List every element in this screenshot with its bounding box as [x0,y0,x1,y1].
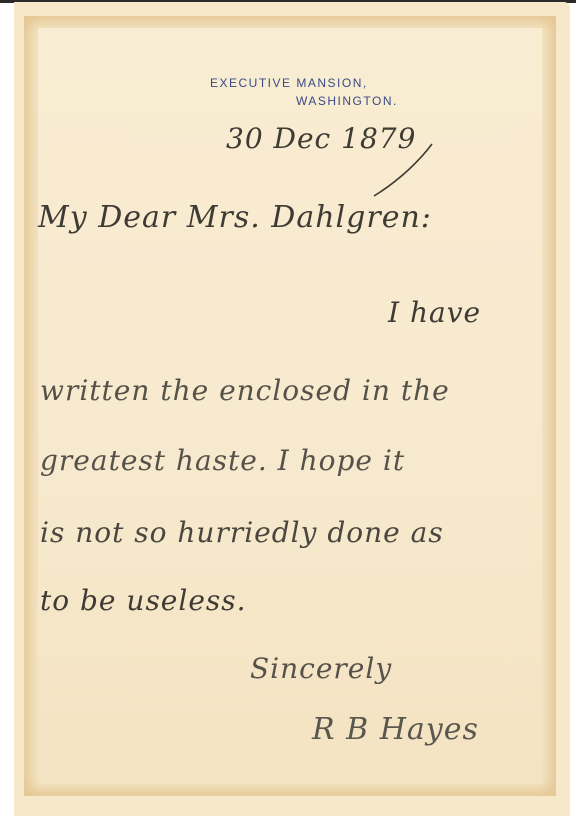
date-flourish-stroke [370,140,440,200]
body-line-3: greatest haste. I hope it [40,444,405,477]
letterhead-line-2: WASHINGTON. [296,94,398,108]
body-line-1: I have [388,296,481,329]
body-line-4: is not so hurriedly done as [40,516,444,549]
body-line-2: written the enclosed in the [40,374,450,407]
salutation: My Dear Mrs. Dahlgren: [38,200,432,235]
body-line-5: to be useless. [40,584,247,617]
closing: Sincerely [250,652,392,685]
signature: R B Hayes [312,712,479,747]
letterhead-line-1: EXECUTIVE MANSION, [210,76,368,90]
